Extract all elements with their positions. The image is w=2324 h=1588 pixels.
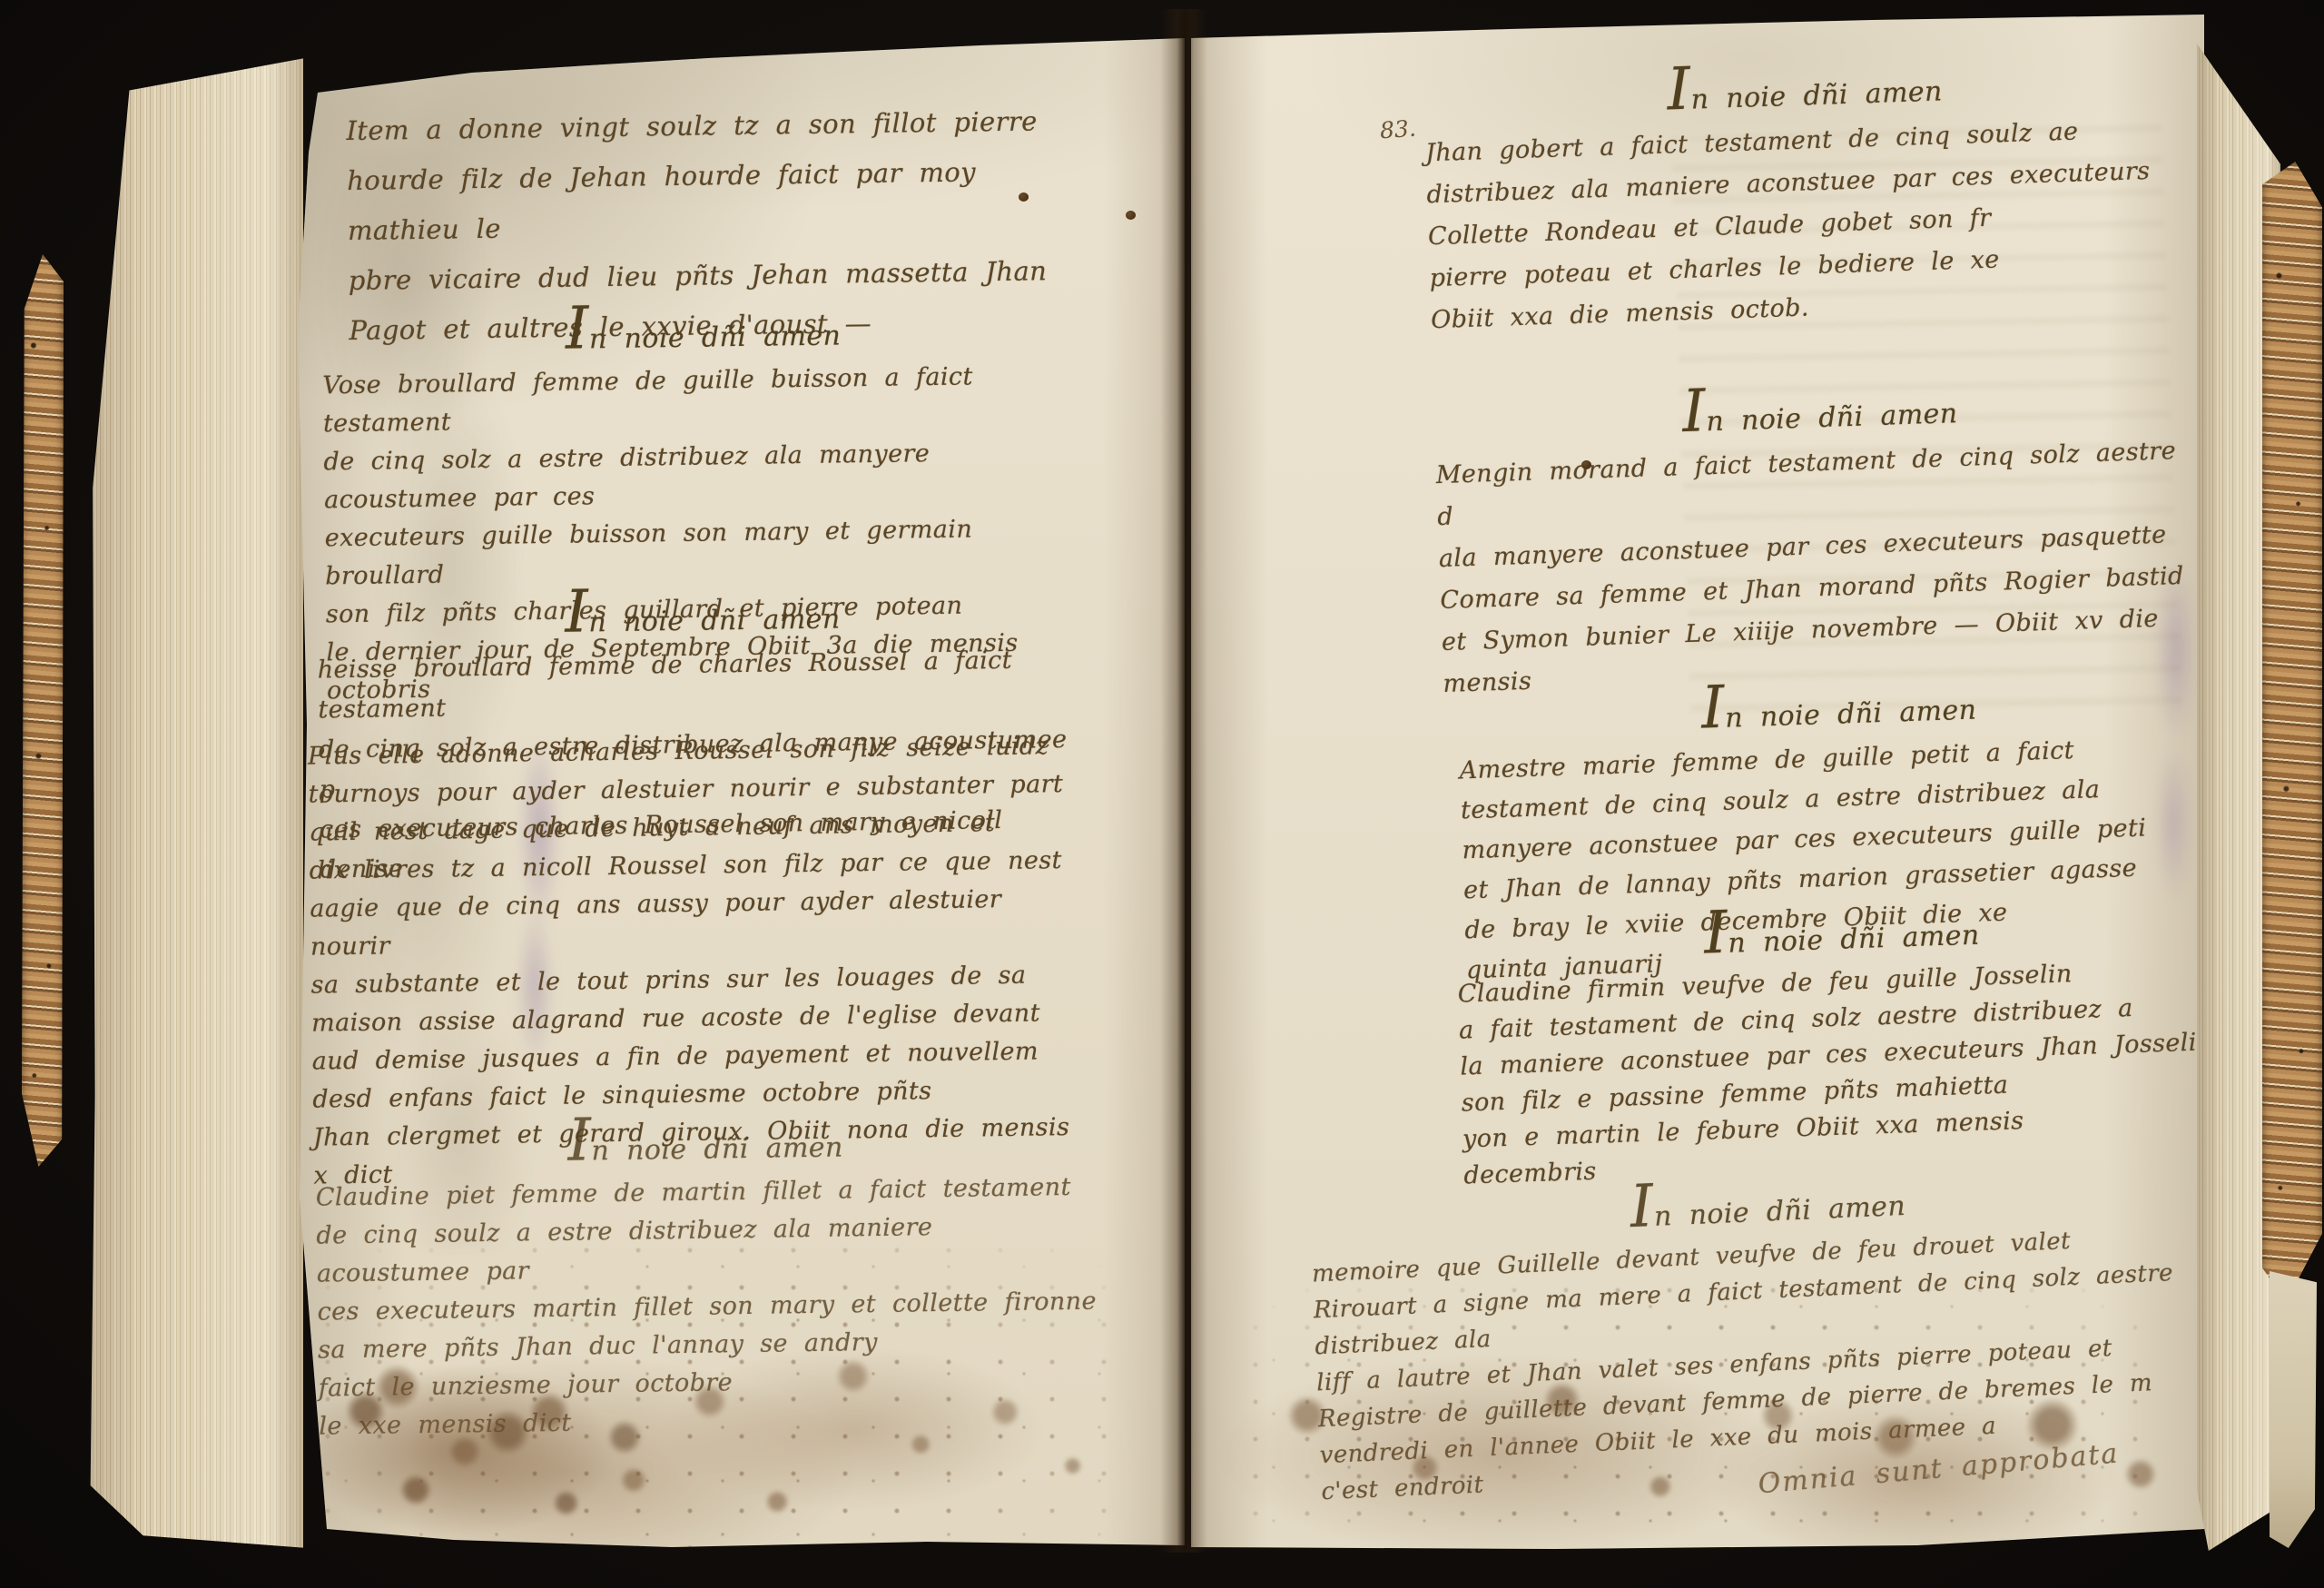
ink-spot (1581, 460, 1591, 469)
record-text: Mengin morand a faict testament de cinq … (1435, 429, 2215, 705)
right-page: 83. In noie dñi amen Jhan gobert a faict… (1191, 11, 2204, 1552)
record-text: Claudine piet femme de martin fillet a f… (316, 1169, 1100, 1446)
book-gutter (1160, 9, 1207, 1553)
testament-record: In noie dñi amen Claudine piet femme de … (315, 1105, 1100, 1446)
ink-spot (1126, 211, 1136, 220)
testament-record: In noie dñi amen Jhan gobert a faict tes… (1423, 44, 2193, 342)
record-heading: In noie dñi amen (315, 1105, 1097, 1174)
left-page: Item a donne vingt soulz tz a son fillot… (290, 35, 1185, 1549)
photo-background: Item a donne vingt soulz tz a son fillot… (0, 0, 2324, 1588)
marbled-cover-left (22, 254, 64, 1167)
record-text: Jhan gobert a faict testament de cinq so… (1424, 107, 2193, 341)
record-heading: In noie dñi amen (321, 293, 1085, 362)
record-heading: In noie dñi amen (316, 577, 1088, 646)
manuscript-text-right: In noie dñi amen Jhan gobert a faict tes… (1191, 0, 2255, 1564)
manuscript-text-left: Item a donne vingt soulz tz a son fillot… (290, 28, 1206, 1555)
board-edge-bottom-right (2270, 1271, 2317, 1548)
marbled-cover-right (2262, 162, 2322, 1302)
ink-spot (1019, 192, 1029, 202)
page-edges-left (74, 33, 303, 1551)
testament-record: In noie dñi amen Mengin morand a faict t… (1433, 366, 2215, 705)
testament-record: In noie dñi amen Claudine firmin veufve … (1455, 888, 2236, 1195)
